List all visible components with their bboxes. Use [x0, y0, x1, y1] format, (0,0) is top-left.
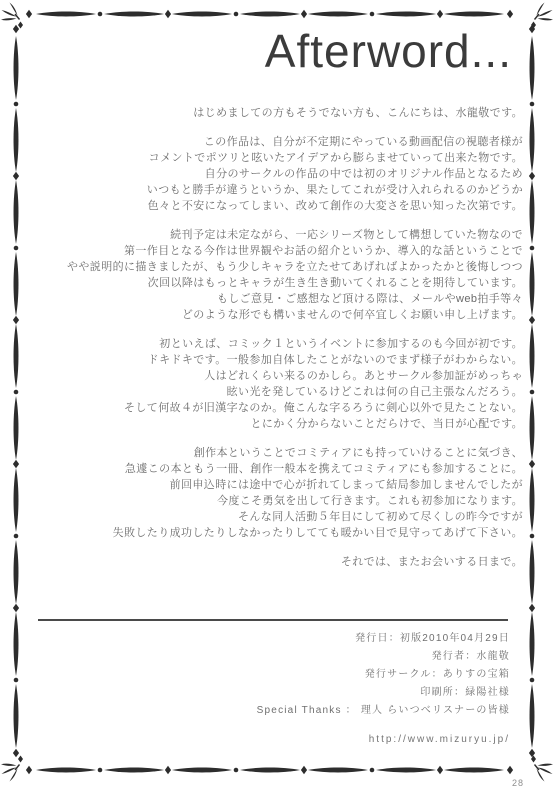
paragraph-greeting: はじめましての方もそうでない方も、こんにちは、水龍敬です。	[55, 105, 523, 121]
website-url: http://www.mizuryu.jp/	[257, 731, 510, 749]
special-thanks: Special Thanks ： 理人 らいつべリスナーの皆様	[257, 702, 510, 720]
colophon: 発行日：初版2010年04月29日 発行者：水龍敬 発行サークル：ありすの宝箱 …	[257, 630, 510, 749]
paragraph-series-plans: 続刊予定は未定ながら、一応シリーズ物として構想していた物なので 第一作目となる今…	[55, 227, 523, 323]
paragraph-first-event: 初といえば、コミック１というイベントに参加するのも今回が初です。 ドキドキです。…	[55, 336, 523, 432]
colophon-divider	[38, 619, 508, 621]
afterword-text: はじめましての方もそうでない方も、こんにちは、水龍敬です。 この作品は、自分が不…	[55, 105, 523, 570]
page-number: 28	[512, 778, 524, 788]
afterword-page: Afterword... はじめましての方もそうでない方も、こんにちは、水龍敬で…	[0, 0, 558, 800]
closing-line: それでは、またお会いする日まで。	[55, 554, 523, 570]
publisher: 発行者：水龍敬	[257, 648, 510, 666]
paragraph-comitia: 創作本ということでコミティアにも持っていけることに気づき、 急遽この本ともう一冊…	[55, 445, 523, 541]
paragraph-about-work: この作品は、自分が不定期にやっている動画配信の視聴者様が コメントでポツリと呟い…	[55, 134, 523, 214]
circle-name: 発行サークル：ありすの宝箱	[257, 666, 510, 684]
printer: 印刷所：緑陽社様	[257, 684, 510, 702]
page-title: Afterword...	[265, 26, 512, 77]
publication-date: 発行日：初版2010年04月29日	[257, 630, 510, 648]
